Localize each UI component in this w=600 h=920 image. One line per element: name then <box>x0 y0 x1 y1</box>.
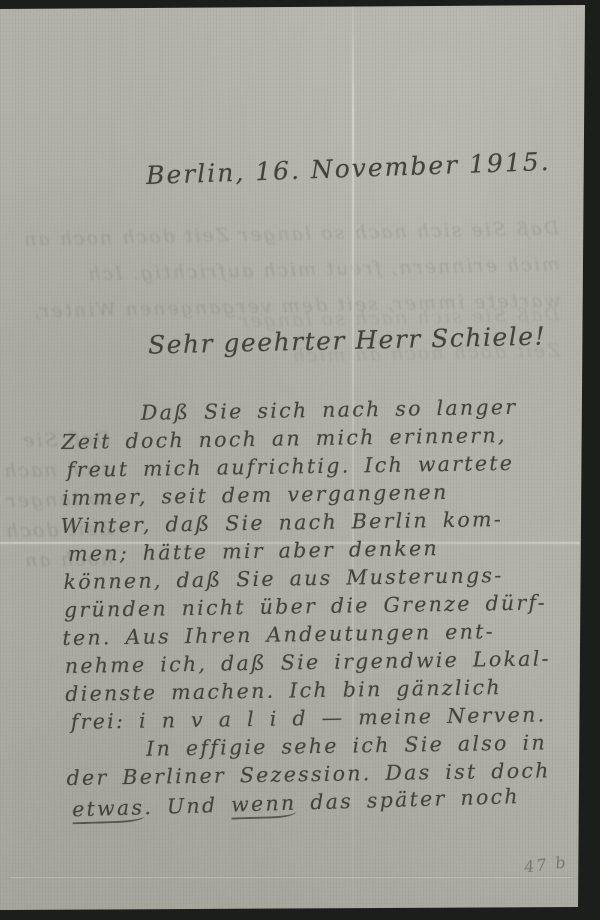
letter-text: In effigie sehe ich Sie also in <box>146 730 547 760</box>
letter-text: Daß Sie sich nach so langer <box>141 395 518 425</box>
bleedthrough-marks: Daß Sie sich nach so langer Zeit doch no… <box>14 210 561 333</box>
letter-text: men; hätte mir aber denken <box>68 536 439 566</box>
underlined-word: etwas <box>72 795 145 824</box>
underlined-word: wenn <box>231 791 297 820</box>
archive-number-pencil: 47 b <box>523 852 569 876</box>
dateline: Berlin, 16. November 1915. <box>146 147 551 190</box>
scan-background: Daß Sie sich nach so langer Zeit doch no… <box>0 0 600 920</box>
salutation: Sehr geehrter Herr Schiele! <box>148 321 547 359</box>
letter-text: immer, seit dem vergangenen <box>62 480 449 510</box>
letter-text: . Und <box>144 793 232 820</box>
letter-page: Daß Sie sich nach so langer Zeit doch no… <box>0 0 600 920</box>
letter-body: Daß Sie sich nach so langerZeit doch noc… <box>61 394 573 822</box>
fold-crease-bottom <box>10 876 572 877</box>
